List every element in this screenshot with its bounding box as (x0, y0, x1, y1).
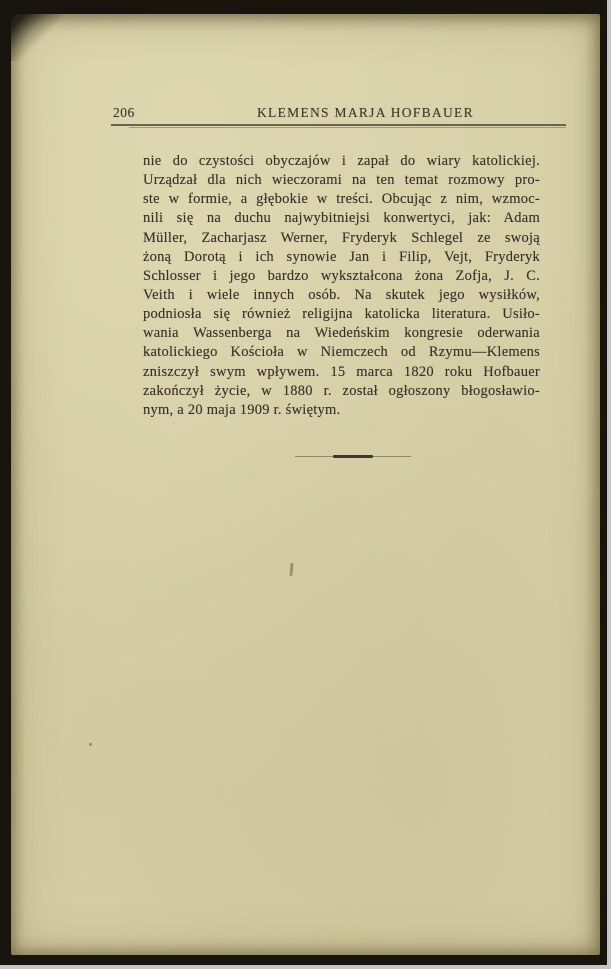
text-line: nie do czystości obyczajów i zapał do wi… (143, 152, 540, 171)
text-line: Veith i wiele innych osób. Na skutek jeg… (143, 286, 540, 305)
text-line: Schlosser i jego bardzo wykształcona żon… (143, 267, 540, 286)
scan-black-border: 206 KLEMENS MARJA HOFBAUER nie do czysto… (0, 0, 607, 965)
scanned-page-view: 206 KLEMENS MARJA HOFBAUER nie do czysto… (0, 0, 611, 969)
scan-artifact-stroke (289, 563, 293, 576)
text-line: zakończył życie, w 1880 r. został ogłosz… (143, 382, 540, 401)
text-line: wania Wassenberga na Wiedeńskim kongresi… (143, 324, 540, 343)
running-title: KLEMENS MARJA HOFBAUER (257, 105, 474, 121)
section-divider (295, 455, 411, 458)
text-line: nili się na duchu najwybitniejsi konwert… (143, 209, 540, 228)
divider-thick-segment (333, 455, 373, 458)
text-line: zniszczył swym wpływem. 15 marca 1820 ro… (143, 363, 540, 382)
text-line: żoną Dorotą i ich synowie Jan i Filip, V… (143, 248, 540, 267)
header-rule-shadow (129, 127, 566, 128)
text-line: nym, a 20 maja 1909 r. świętym. (143, 401, 540, 420)
page-corner-shadow (10, 13, 64, 61)
text-line: ste w formie, a głębokie w treści. Obcuj… (143, 190, 540, 209)
scan-artifact-dot (89, 743, 92, 746)
body-paragraph: nie do czystości obyczajów i zapał do wi… (143, 152, 540, 420)
text-line: podniosła się również religijna katolick… (143, 305, 540, 324)
book-page: 206 KLEMENS MARJA HOFBAUER nie do czysto… (11, 14, 600, 955)
text-line: katolickiego Kościoła w Niemczech od Rzy… (143, 343, 540, 362)
text-line: Urządzał dla nich wieczorami na ten tema… (143, 171, 540, 190)
text-line: Müller, Zacharjasz Werner, Fryderyk Schl… (143, 229, 540, 248)
page-number: 206 (113, 105, 135, 121)
header-rule (111, 124, 566, 126)
